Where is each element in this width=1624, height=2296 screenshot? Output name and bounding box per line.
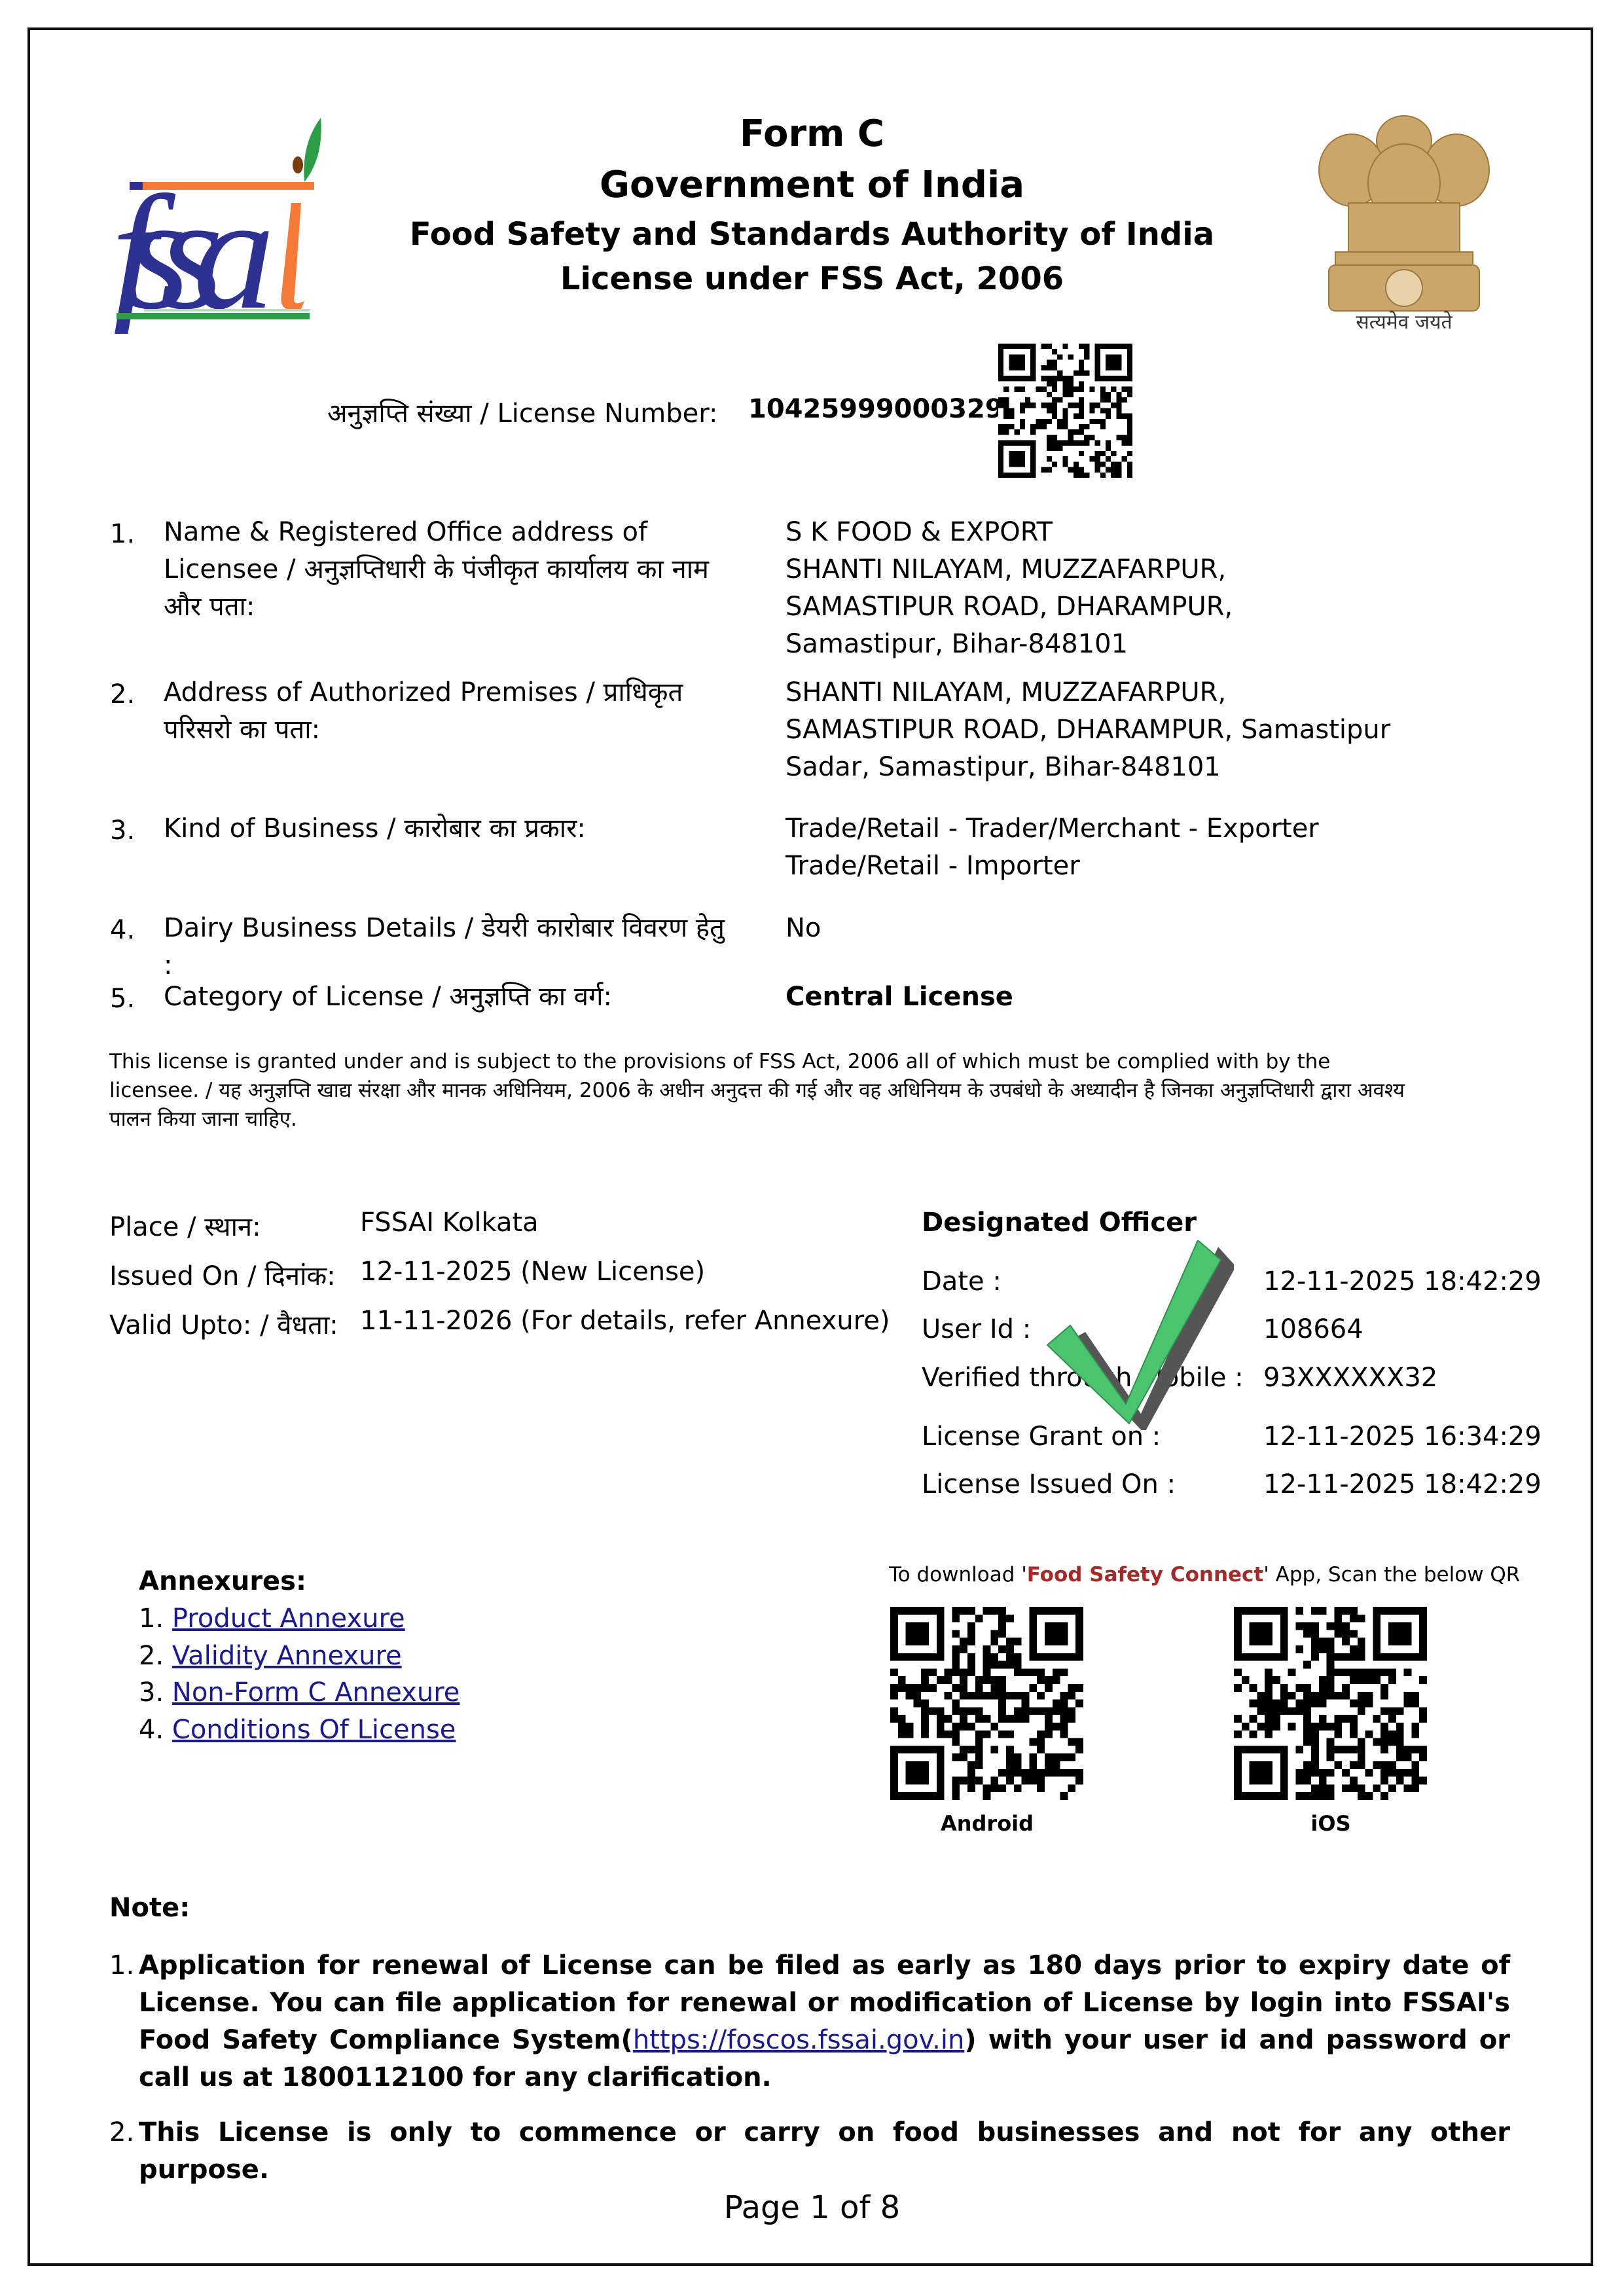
note-item-2-number: 2. xyxy=(109,2114,134,2151)
item-label: Dairy Business Details / डेयरी कारोबार व… xyxy=(164,910,740,984)
item-label: Category of License / अनुज्ञप्ति का वर्ग… xyxy=(164,978,740,1016)
note-item-2: 2. This License is only to commence or c… xyxy=(109,2114,1510,2189)
officer-field-label: User Id : xyxy=(922,1314,1031,1344)
app-brand-name: Food Safety Connect xyxy=(1027,1563,1263,1587)
annexure-link[interactable]: Non-Form C Annexure xyxy=(172,1677,460,1708)
officer-field-value: 12-11-2025 18:42:29 xyxy=(1263,1266,1542,1297)
note-item-1: 1. Application for renewal of License ca… xyxy=(109,1947,1510,2096)
item-value-line: Trade/Retail - Importer xyxy=(785,848,1473,885)
annexure-item: 2. Validity Annexure xyxy=(139,1641,402,1671)
license-number-label: अनुज्ञप्ति संख्या / License Number: xyxy=(327,394,717,430)
place-label: Place / स्थान: xyxy=(109,1208,261,1244)
app-download-text: To download 'Food Safety Connect' App, S… xyxy=(889,1563,1520,1587)
item-value-line: SHANTI NILAYAM, MUZZAFARPUR, xyxy=(785,551,1473,588)
item-value: No xyxy=(785,910,1473,947)
license-qr-code[interactable] xyxy=(998,344,1132,478)
note-heading: Note: xyxy=(109,1893,190,1923)
annexure-number: 2. xyxy=(139,1641,164,1671)
ios-label: iOS xyxy=(1233,1811,1429,1836)
item-label: Address of Authorized Premises / प्राधिक… xyxy=(164,674,740,749)
annexure-number: 1. xyxy=(139,1604,164,1634)
item-value-line: Central License xyxy=(785,978,1473,1016)
valid-upto-label: Valid Upto: / वैधता: xyxy=(109,1306,338,1342)
national-emblem: सत्यमेव जयते xyxy=(1290,111,1519,334)
item-value-line: SAMASTIPUR ROAD, DHARAMPUR, xyxy=(785,588,1473,626)
android-qr-code[interactable] xyxy=(890,1607,1083,1800)
ios-qr-code[interactable] xyxy=(1234,1607,1427,1800)
note-item-1-number: 1. xyxy=(109,1947,134,1984)
issued-on-label: Issued On / दिनांक: xyxy=(109,1257,336,1293)
officer-field-value: 93XXXXXX32 xyxy=(1263,1363,1437,1393)
place-value: FSSAI Kolkata xyxy=(360,1208,539,1238)
issued-on-value: 12-11-2025 (New License) xyxy=(360,1257,705,1287)
officer-field-label: License Issued On : xyxy=(922,1469,1176,1499)
item-value-line: S K FOOD & EXPORT xyxy=(785,514,1473,551)
license-number: 10425999000329 xyxy=(748,394,1003,424)
item-value: SHANTI NILAYAM, MUZZAFARPUR,SAMASTIPUR R… xyxy=(785,674,1473,786)
page-border xyxy=(27,27,1593,2266)
item-value: Central License xyxy=(785,978,1473,1016)
item-value-line: No xyxy=(785,910,1473,947)
annexure-number: 4. xyxy=(139,1715,164,1745)
verified-checkmark-icon xyxy=(1044,1240,1234,1430)
item-number: 1. xyxy=(110,519,135,549)
item-value-line: SHANTI NILAYAM, MUZZAFARPUR, xyxy=(785,674,1473,711)
note-item-2-text: This License is only to commence or carr… xyxy=(139,2114,1510,2189)
svg-text:सत्यमेव जयते: सत्यमेव जयते xyxy=(1356,311,1453,334)
officer-field-value: 12-11-2025 16:34:29 xyxy=(1263,1422,1542,1452)
annexure-link[interactable]: Product Annexure xyxy=(172,1604,405,1634)
app-download-prefix: To download ' xyxy=(889,1563,1027,1587)
item-value-line: SAMASTIPUR ROAD, DHARAMPUR, Samastipur xyxy=(785,711,1473,749)
page-number: Page 1 of 8 xyxy=(0,2189,1624,2226)
android-label: Android xyxy=(889,1811,1085,1836)
annexure-item: 3. Non-Form C Annexure xyxy=(139,1677,460,1708)
item-label: Name & Registered Office address of Lice… xyxy=(164,514,740,626)
annexures-heading: Annexures: xyxy=(139,1566,306,1596)
item-label: Kind of Business / कारोबार का प्रकार: xyxy=(164,810,740,848)
item-value-line: Sadar, Samastipur, Bihar-848101 xyxy=(785,749,1473,786)
annexure-link[interactable]: Conditions Of License xyxy=(172,1715,456,1745)
officer-field-value: 108664 xyxy=(1263,1314,1363,1344)
license-disclaimer: This license is granted under and is sub… xyxy=(109,1047,1418,1134)
annexure-item: 4. Conditions Of License xyxy=(139,1715,456,1745)
annexure-item: 1. Product Annexure xyxy=(139,1604,405,1634)
item-number: 3. xyxy=(110,816,135,846)
designated-officer-heading: Designated Officer xyxy=(922,1208,1197,1238)
app-download-suffix: ' App, Scan the below QR xyxy=(1263,1563,1520,1587)
annexure-link[interactable]: Validity Annexure xyxy=(172,1641,402,1671)
item-number: 5. xyxy=(110,984,135,1014)
item-value: Trade/Retail - Trader/Merchant - Exporte… xyxy=(785,810,1473,885)
foscos-link[interactable]: https://foscos.fssai.gov.in xyxy=(633,2025,965,2055)
item-value-line: Samastipur, Bihar-848101 xyxy=(785,626,1473,663)
item-value: S K FOOD & EXPORTSHANTI NILAYAM, MUZZAFA… xyxy=(785,514,1473,663)
item-value-line: Trade/Retail - Trader/Merchant - Exporte… xyxy=(785,810,1473,848)
annexure-number: 3. xyxy=(139,1677,164,1708)
item-number: 4. xyxy=(110,915,135,945)
officer-field-label: Date : xyxy=(922,1266,1001,1297)
officer-field-value: 12-11-2025 18:42:29 xyxy=(1263,1469,1542,1499)
item-number: 2. xyxy=(110,679,135,709)
valid-upto-value: 11-11-2026 (For details, refer Annexure) xyxy=(360,1306,890,1336)
